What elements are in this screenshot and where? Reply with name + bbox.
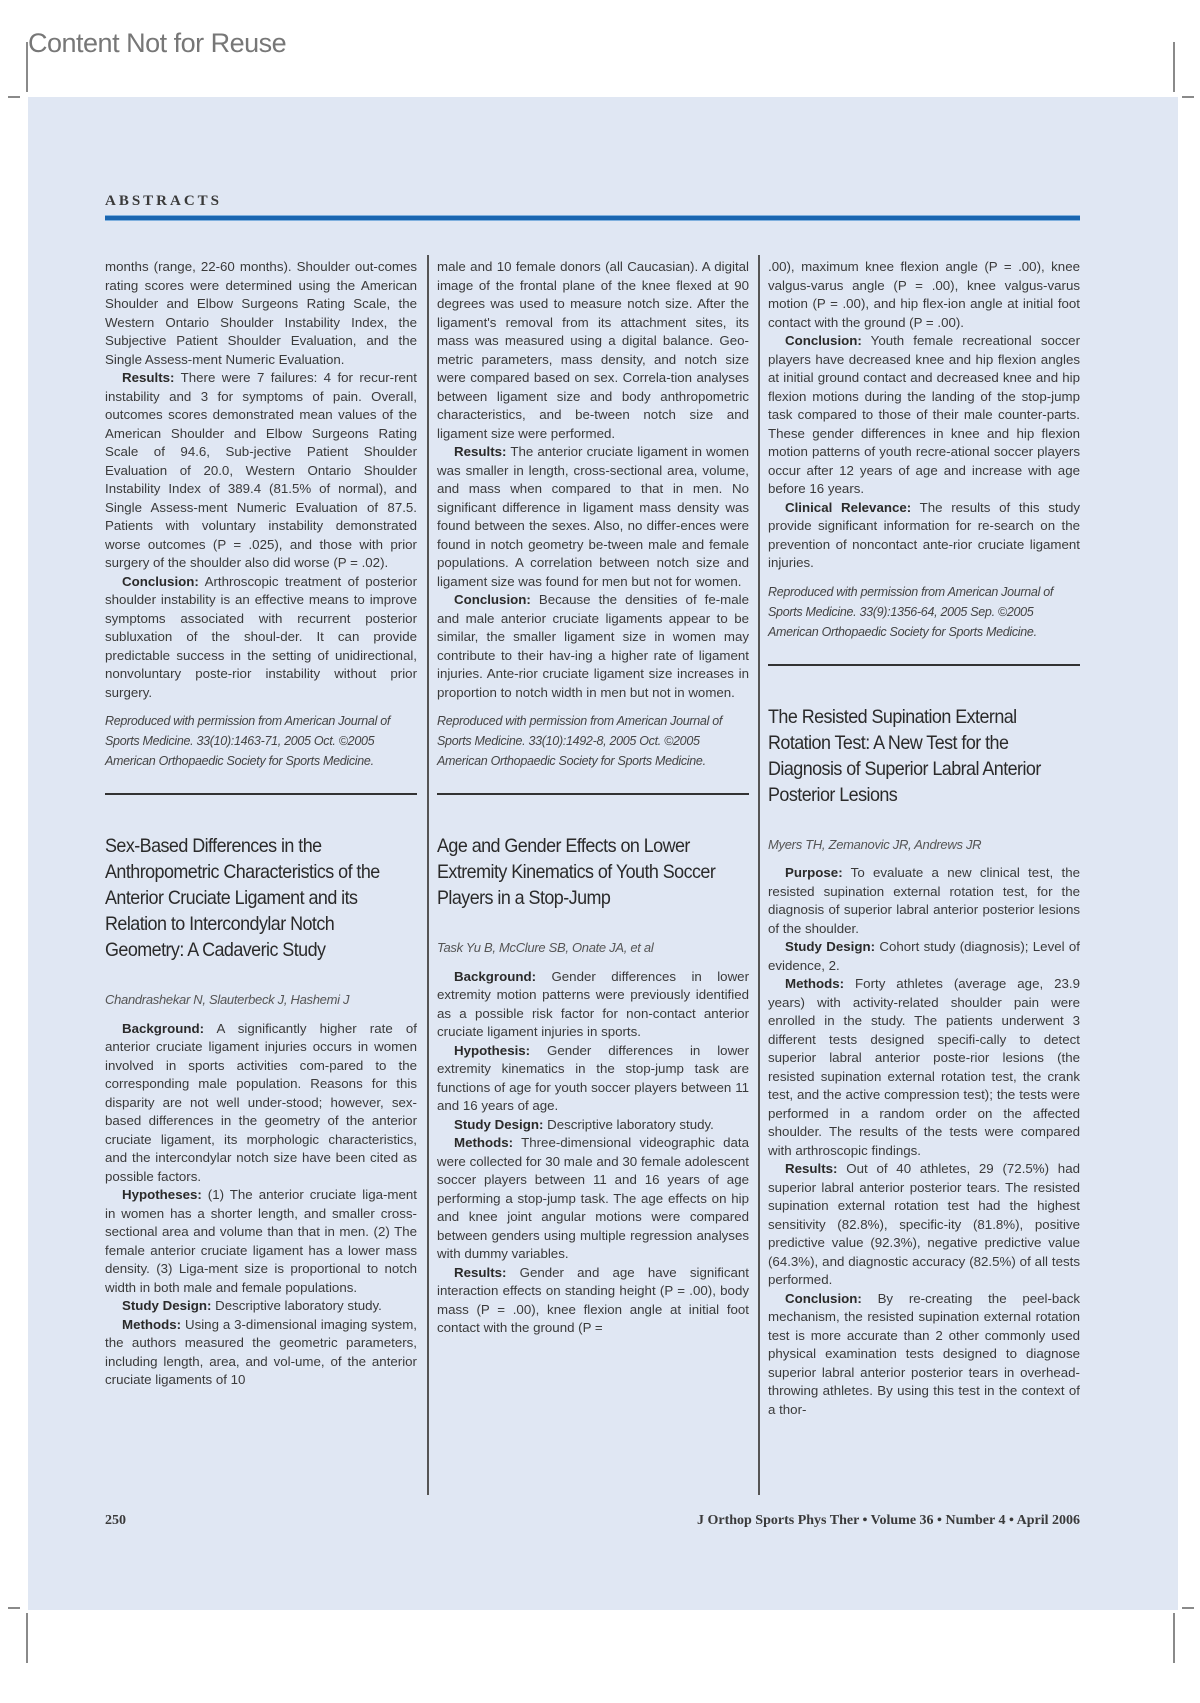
column-3: .00), maximum knee flexion angle (P = .0… (768, 258, 1080, 1419)
methods-paragraph: Methods: Three-dimensional videographic … (437, 1134, 749, 1264)
results-text: Out of 40 athletes, 29 (72.5%) had super… (768, 1161, 1080, 1287)
methods-paragraph: Methods: Forty athletes (average age, 23… (768, 975, 1080, 1160)
watermark: Content Not for Reuse (28, 28, 286, 59)
article-title: Sex-Based Differences in the Anthropomet… (105, 833, 392, 963)
study-design-paragraph: Study Design: Cohort study (diagnosis); … (768, 938, 1080, 975)
methods-paragraph: Methods: Using a 3-dimensional imaging s… (105, 1316, 417, 1390)
study-design-text: Descriptive laboratory study. (211, 1298, 381, 1313)
methods-text: Forty athletes (average age, 23.9 years)… (768, 976, 1080, 1158)
methods-label: Methods: (785, 976, 844, 991)
results-label: Results: (785, 1161, 837, 1176)
results-text: There were 7 failures: 4 for recur-rent … (105, 370, 417, 570)
background-label: Background: (122, 1021, 204, 1036)
crop-mark (1173, 1613, 1175, 1663)
clinical-relevance-label: Clinical Relevance: (785, 500, 911, 515)
conclusion-text: By re-creating the peel-back mechanism, … (768, 1291, 1080, 1417)
purpose-label: Purpose: (785, 865, 843, 880)
methods-text: Three-dimensional videographic data were… (437, 1135, 749, 1261)
reproduction-credit: Reproduced with permission from American… (105, 711, 417, 771)
heading-rule (105, 215, 1080, 221)
conclusion-label: Conclusion: (122, 574, 199, 589)
abstract-continuation: months (range, 22-60 months). Shoulder o… (105, 258, 417, 369)
clinical-relevance-paragraph: Clinical Relevance: The results of this … (768, 499, 1080, 573)
results-text: The anterior cruciate ligament in women … (437, 444, 749, 589)
reproduction-credit: Reproduced with permission from American… (768, 582, 1080, 642)
hypothesis-label: Hypothesis: (454, 1043, 530, 1058)
column-2: male and 10 female donors (all Caucasian… (437, 258, 749, 1338)
abstract-continuation: male and 10 female donors (all Caucasian… (437, 258, 749, 443)
article-divider (105, 793, 417, 795)
journal-citation: J Orthop Sports Phys Ther • Volume 36 • … (697, 1513, 1080, 1529)
study-design-paragraph: Study Design: Descriptive laboratory stu… (105, 1297, 417, 1316)
conclusion-label: Conclusion: (454, 592, 531, 607)
column-1: months (range, 22-60 months). Shoulder o… (105, 258, 417, 1390)
article-authors: Task Yu B, McClure SB, Onate JA, et al (437, 939, 749, 958)
results-paragraph: Results: Gender and age have significant… (437, 1264, 749, 1338)
conclusion-label: Conclusion: (785, 1291, 862, 1306)
article-title: The Resisted Supination External Rotatio… (768, 704, 1055, 808)
column-divider (758, 255, 760, 1495)
conclusion-text: Arthroscopic treatment of posterior shou… (105, 574, 417, 700)
crop-mark (26, 1613, 28, 1663)
results-label: Results: (454, 444, 506, 459)
study-design-label: Study Design: (785, 939, 875, 954)
crop-mark (26, 42, 28, 92)
reproduction-credit: Reproduced with permission from American… (437, 711, 749, 771)
background-label: Background: (454, 969, 536, 984)
hypotheses-paragraph: Hypotheses: (1) The anterior cruciate li… (105, 1186, 417, 1297)
study-design-label: Study Design: (122, 1298, 211, 1313)
conclusion-paragraph: Conclusion: Because the densities of fe-… (437, 591, 749, 702)
results-label: Results: (122, 370, 174, 385)
hypotheses-text: (1) The anterior cruciate liga-ment in w… (105, 1187, 417, 1295)
crop-mark (8, 96, 20, 98)
column-divider (427, 255, 429, 1495)
background-paragraph: Background: A significantly higher rate … (105, 1020, 417, 1187)
study-design-label: Study Design: (454, 1117, 543, 1132)
article-title: Age and Gender Effects on Lower Extremit… (437, 833, 724, 911)
page-number: 250 (105, 1513, 126, 1529)
crop-mark (1182, 96, 1194, 98)
conclusion-text: Because the densities of fe-male and mal… (437, 592, 749, 700)
abstract-continuation: .00), maximum knee flexion angle (P = .0… (768, 258, 1080, 332)
article-authors: Myers TH, Zemanovic JR, Andrews JR (768, 836, 1080, 855)
article-authors: Chandrashekar N, Slauterbeck J, Hashemi … (105, 991, 417, 1010)
conclusion-label: Conclusion: (785, 333, 862, 348)
results-paragraph: Results: Out of 40 athletes, 29 (72.5%) … (768, 1160, 1080, 1290)
purpose-paragraph: Purpose: To evaluate a new clinical test… (768, 864, 1080, 938)
hypothesis-paragraph: Hypothesis: Gender differences in lower … (437, 1042, 749, 1116)
background-paragraph: Background: Gender differences in lower … (437, 968, 749, 1042)
crop-mark (1173, 42, 1175, 92)
results-label: Results: (454, 1265, 506, 1280)
crop-mark (1182, 1607, 1194, 1609)
results-paragraph: Results: The anterior cruciate ligament … (437, 443, 749, 591)
crop-mark (8, 1607, 20, 1609)
methods-label: Methods: (454, 1135, 513, 1150)
section-heading: ABSTRACTS (105, 193, 222, 210)
conclusion-paragraph: Conclusion: Arthroscopic treatment of po… (105, 573, 417, 703)
article-divider (768, 664, 1080, 666)
results-paragraph: Results: There were 7 failures: 4 for re… (105, 369, 417, 573)
article-divider (437, 793, 749, 795)
conclusion-paragraph: Conclusion: By re-creating the peel-back… (768, 1290, 1080, 1420)
methods-label: Methods: (122, 1317, 181, 1332)
hypotheses-label: Hypotheses: (122, 1187, 202, 1202)
background-text: A significantly higher rate of anterior … (105, 1021, 417, 1184)
conclusion-text: Youth female recreational soccer players… (768, 333, 1080, 496)
study-design-text: Descriptive laboratory study. (543, 1117, 713, 1132)
study-design-paragraph: Study Design: Descriptive laboratory stu… (437, 1116, 749, 1135)
conclusion-paragraph: Conclusion: Youth female recreational so… (768, 332, 1080, 499)
